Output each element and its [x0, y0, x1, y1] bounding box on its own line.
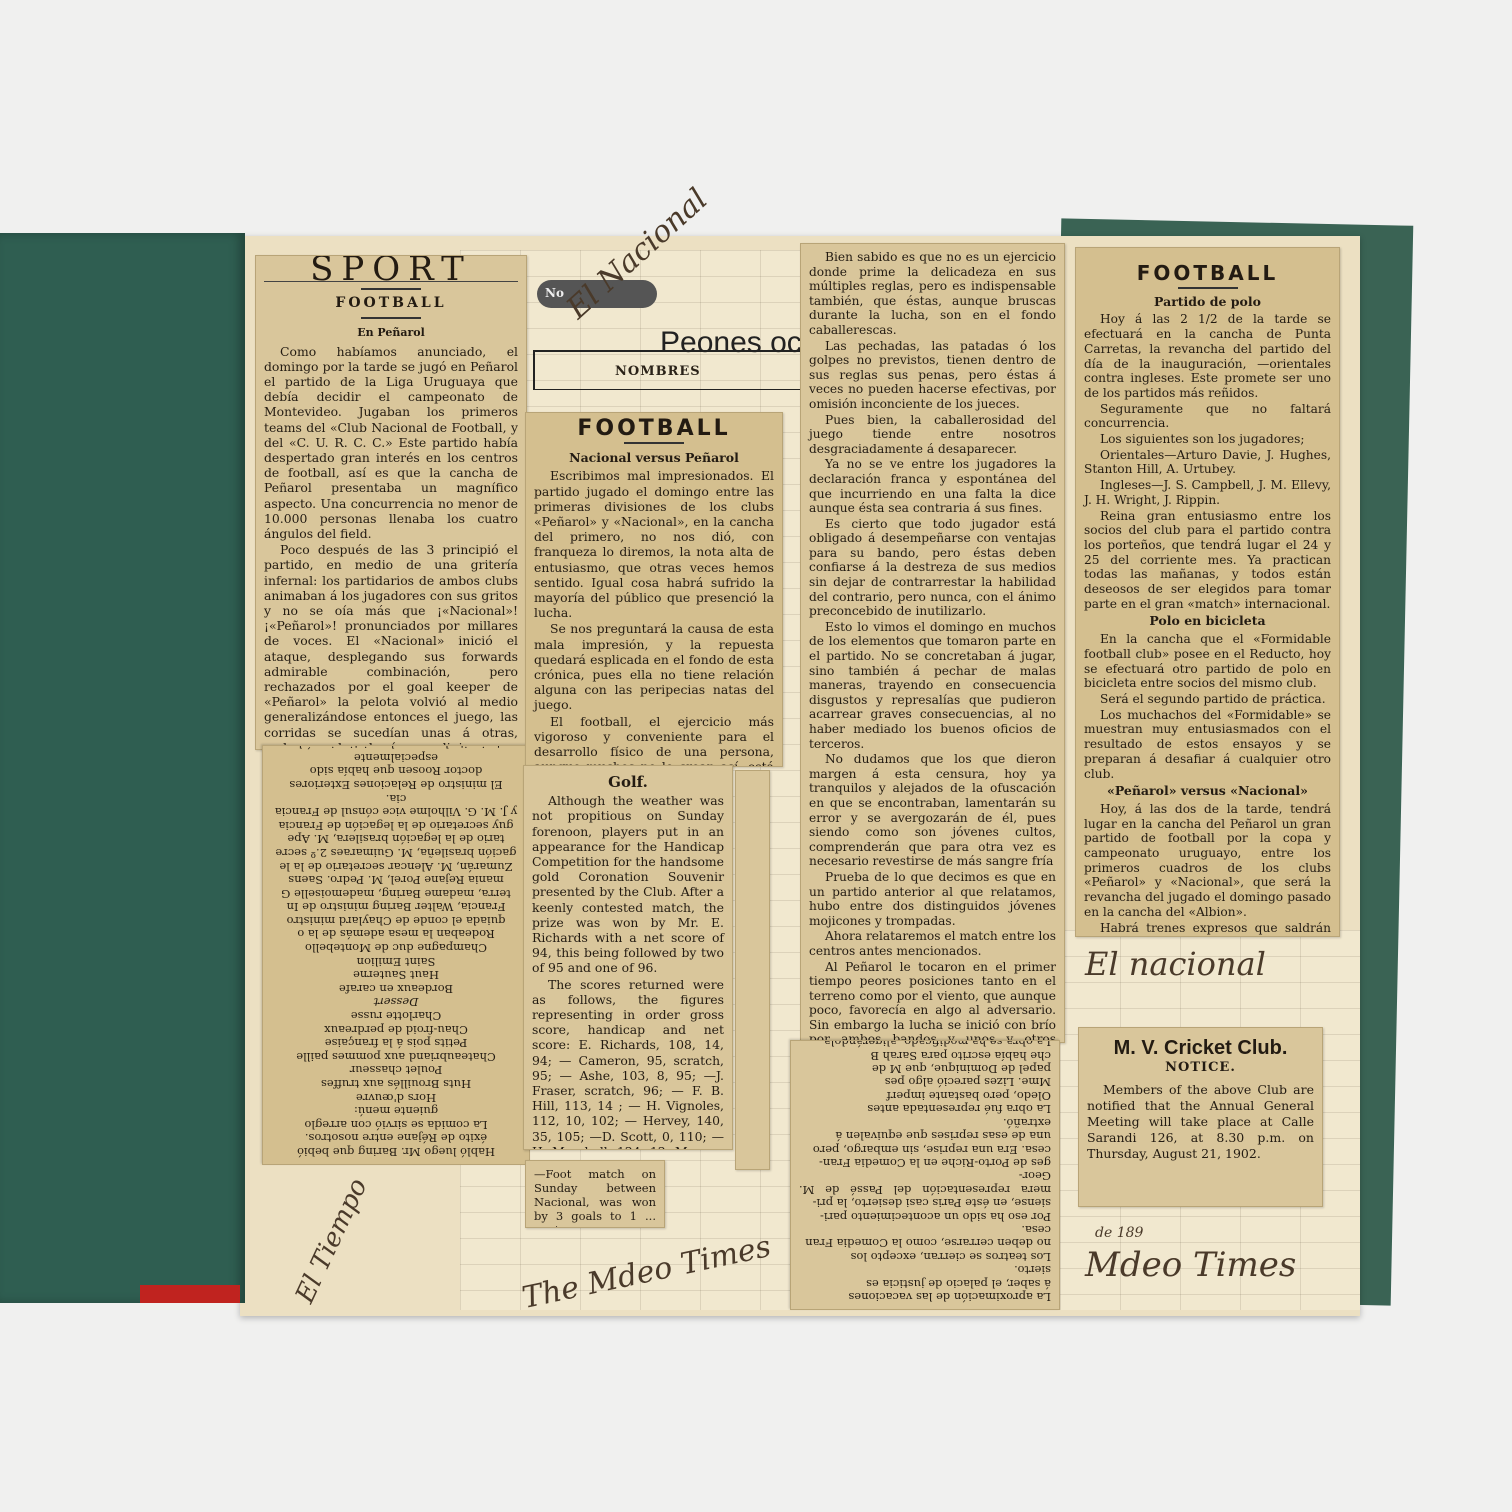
paragraph: Las pechadas, las patadas ó los golpes n…: [809, 339, 1056, 412]
text-line: La aproximación de las vacaciones: [799, 1290, 1051, 1303]
paragraph: Poco después de las 3 principió el parti…: [264, 542, 518, 750]
section-heading: FOOTBALL: [1084, 266, 1331, 281]
paragraph: Orientales—Arturo Davie, J. Hughes, Stan…: [1084, 448, 1331, 477]
paragraph: Bien sabido es que no es un ejercicio do…: [809, 250, 1056, 338]
subheading-penarol-versus-nacional: «Peñarol» versus «Nacional»: [1084, 784, 1331, 799]
subheading: Nacional versus Peñarol: [534, 450, 774, 465]
paragraph: Ahora relataremos el match entre los cen…: [809, 929, 1056, 958]
text-line: Mme. Lizes pareció algo pes: [799, 1075, 1051, 1088]
red-binding-tab: [140, 1285, 240, 1303]
clipping-cricket-notice: M. V. Cricket Club. NOTICE. Members of t…: [1078, 1027, 1323, 1207]
paragraph: Prueba de lo que decimos es que en un pa…: [809, 870, 1056, 928]
text-line: mania Rejane Porel, M. Pedro. Saens: [271, 873, 521, 887]
paragraph: No dudamos que los que dieron margen á e…: [809, 752, 1056, 869]
text-line: Dessert: [271, 995, 521, 1009]
text-line: Oledo, pero bastante imperf: [799, 1089, 1051, 1102]
paragraph: Hoy á las 2 1/2 de la tarde se efectuará…: [1084, 312, 1331, 400]
notice-heading: NOTICE.: [1087, 1060, 1314, 1076]
cricket-club-title: M. V. Cricket Club.: [1087, 1040, 1314, 1056]
paragraph: Reina gran entusiasmo entre los socios d…: [1084, 509, 1331, 612]
section-heading: FOOTBALL: [534, 421, 774, 436]
text-line: quiada el conde de Chaylard ministro: [271, 913, 521, 927]
text-line: Charlotte russe: [271, 1008, 521, 1022]
clipping-narrow-strip: [735, 770, 770, 1170]
paragraph: Pues bien, la caballerosidad del juego t…: [809, 413, 1056, 457]
clipping-theatre-upside-down: La aproximación de las vacaciones á sabe…: [790, 1040, 1060, 1310]
paragraph: Habrá trenes expresos que saldrán cada d…: [1084, 921, 1331, 937]
text-line: Poulet chasseur: [271, 1063, 521, 1077]
paragraph: Although the weather was not propitious …: [532, 793, 724, 975]
text-line: una de esas reprises que equivalen á: [799, 1129, 1051, 1142]
paragraph: Al Peñarol le tocaron en el primer tiemp…: [809, 960, 1056, 1044]
paragraph: Seguramente que no faltará concurrencia.: [1084, 402, 1331, 431]
foot-match-text: —Foot match on Sunday between Nacional, …: [534, 1167, 656, 1228]
text-line: guiente menú:: [271, 1104, 521, 1118]
text-line: Huts Brouillés aux truffes: [271, 1076, 521, 1090]
paragraph: Es cierto que todo jugador está obligado…: [809, 517, 1056, 619]
clipping-foot-match: —Foot match on Sunday between Nacional, …: [525, 1160, 665, 1228]
text-line: á saber, el palacio de justicia es: [799, 1276, 1051, 1289]
paragraph: El football, el ejercicio más vigoroso y…: [534, 714, 774, 767]
text-line: no deben cerrarse, como la Comedia Fran: [799, 1236, 1051, 1249]
handwriting-mdeo-times: Mdeo Times: [1085, 1245, 1296, 1285]
text-line: terra, madame Baring, mademoiselle G: [271, 886, 521, 900]
paragraph: Esto lo vimos el domingo en muchos de lo…: [809, 620, 1056, 751]
text-line: siense, en éste Paris casi desierto, la …: [799, 1196, 1051, 1209]
clipping-football-commentary: Bien sabido es que no es un ejercicio do…: [800, 243, 1065, 1043]
text-line: La obra fué representada antes: [799, 1102, 1051, 1115]
subheading: En Peñarol: [264, 325, 518, 340]
text-line: y J. M. G. Vilholme vice cónsul de Franc…: [271, 805, 521, 819]
text-line: tario de la legación brasilera, M. Ape: [271, 832, 521, 846]
text-line: gación brasileña, M. Guimaraes 2.º secre: [271, 845, 521, 859]
text-line: Bordeaux en carafe: [271, 981, 521, 995]
clipping-football-nacional-penarol: FOOTBALL Nacional versus Peñarol Escribi…: [525, 412, 783, 767]
text-line: Saint Emilion: [271, 954, 521, 968]
masthead-sport: SPORT: [264, 262, 518, 282]
text-line: Rodeaban la mesa además de la o: [271, 927, 521, 941]
text-line: Petits pois á la française: [271, 1036, 521, 1050]
clipping-football-polo: FOOTBALL Partido de polo Hoy á las 2 1/2…: [1075, 247, 1340, 937]
text-line: sierto.: [799, 1263, 1051, 1276]
text-line: Francia, Walter Baring ministro de In: [271, 900, 521, 914]
text-line: La obra se ha modificado, aligerándola: [799, 1040, 1051, 1048]
clipping-menu-upside-down: Habló luego Mr. Baring que bebió éxito d…: [262, 745, 530, 1165]
section-heading: FOOTBALL: [264, 296, 518, 311]
text-line: ges de Porto-Riche en la Comedia Fran-: [799, 1156, 1051, 1169]
form-table-header: NOMBRES: [533, 350, 803, 390]
text-line: El ministro de Relaciones Exteriores: [271, 777, 521, 791]
handwriting-el-nacional-right: El nacional: [1085, 945, 1266, 983]
paragraph: Como habíamos anunciado, el domingo por …: [264, 344, 518, 542]
paragraph: En la cancha que el «Formidable football…: [1084, 632, 1331, 691]
text-line: doctor Roosen que había sido especialmen…: [271, 750, 521, 777]
text-line: Habló luego Mr. Baring que bebió: [271, 1144, 521, 1158]
text-line: papel de Dominique, que M de: [799, 1062, 1051, 1075]
text-line: guy secretario de la legación de Francia: [271, 818, 521, 832]
text-line: Champagne duc de Montebello: [271, 941, 521, 955]
subheading-polo-en-bicicleta: Polo en bicicleta: [1084, 614, 1331, 629]
paragraph: Los siguientes son los jugadores;: [1084, 432, 1331, 447]
text-line: cesa.: [799, 1223, 1051, 1236]
text-line: Por eso ha sido un acontecimiento pari-: [799, 1209, 1051, 1222]
text-line: Zumarán, M. Alencar secretario de la le: [271, 859, 521, 873]
text-line: Chateaubriand aux pommes paille: [271, 1049, 521, 1063]
text-line: mera representación del Passé de M. Geor…: [799, 1169, 1051, 1196]
clipping-golf: Golf. Although the weather was not propi…: [523, 765, 733, 1150]
text-line: Haut Sauterne: [271, 968, 521, 982]
handwriting-de-189: de 189: [1095, 1225, 1143, 1241]
divider: [624, 442, 684, 444]
paragraph: Se nos preguntará la causa de esta mala …: [534, 621, 774, 712]
text-line: che había escrito para Sarah B: [799, 1048, 1051, 1061]
text-line: te invitado, no pudo asistir sino á la: [271, 745, 521, 750]
text-line: Hors d'œuvre: [271, 1090, 521, 1104]
paragraph: The scores returned were as follows, the…: [532, 977, 724, 1150]
text-line: Chau-froid de perdreaux: [271, 1022, 521, 1036]
text-line: Los teatros se cierran, excepto los: [799, 1249, 1051, 1262]
subheading-partido-de-polo: Partido de polo: [1084, 295, 1331, 310]
text-line: éxito de Réjane entre nosotros.: [271, 1131, 521, 1145]
paragraph: Ingleses—J. S. Campbell, J. M. Ellevy, J…: [1084, 478, 1331, 507]
paragraph: Hoy, á las dos de la tarde, tendrá lugar…: [1084, 802, 1331, 920]
text-line: La comida se sirvió con arreglo: [271, 1117, 521, 1131]
front-cover: [0, 233, 245, 1303]
paragraph: Escribimos mal impresionados. El partido…: [534, 468, 774, 620]
divider: [1178, 287, 1238, 289]
notice-body: Members of the above Club are notified t…: [1087, 1082, 1314, 1162]
paragraph: Será el segundo partido de práctica.: [1084, 692, 1331, 707]
text-line: cesa. Era una reprise, sin embargo, pero: [799, 1142, 1051, 1155]
text-line: cia.: [271, 791, 521, 805]
column-header-nombres: NOMBRES: [615, 364, 701, 379]
divider: [361, 317, 421, 319]
section-heading: Golf.: [532, 775, 724, 790]
text-line: extrañó.: [799, 1115, 1051, 1128]
paragraph: Ya no se ve entre los jugadores la decla…: [809, 457, 1056, 515]
paragraph: Los muchachos del «Formidable» se muestr…: [1084, 708, 1331, 782]
clipping-sport-football: SPORT FOOTBALL En Peñarol Como habíamos …: [255, 255, 527, 750]
